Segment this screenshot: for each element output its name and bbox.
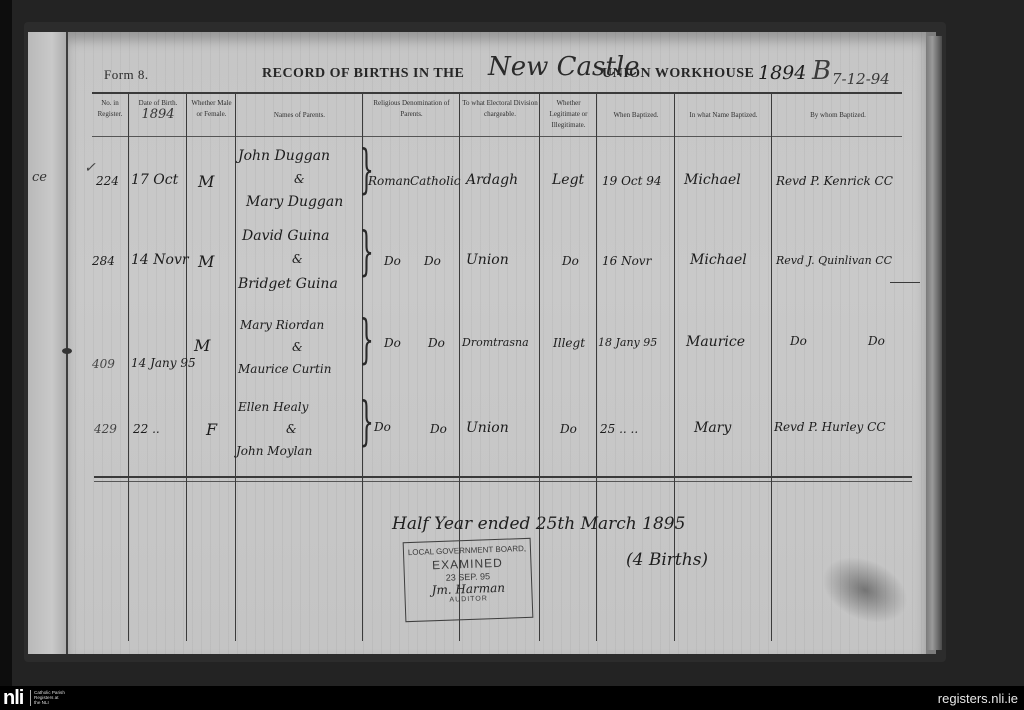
baptized-by: Revd P. Hurley CC xyxy=(774,420,886,434)
half-year-summary: Half Year ended 25th March 1895 xyxy=(392,514,685,534)
binding-mark xyxy=(62,348,72,354)
date-of-birth: 14 Jany 95 xyxy=(131,356,196,370)
baptized-by: Revd P. Kenrick CC xyxy=(776,174,893,188)
table-end-rule xyxy=(94,476,912,478)
reference-mark: B xyxy=(812,56,831,86)
header-parents: Names of Parents. xyxy=(237,110,362,121)
header-sex: Whether Male or Female. xyxy=(188,98,235,120)
sex: F xyxy=(206,420,217,439)
caption-line: the NLI xyxy=(34,700,65,705)
parent-1: Ellen Healy xyxy=(238,400,308,414)
header-legitimacy: Whether Legitimate or Illegitimate. xyxy=(541,98,596,131)
sex: M xyxy=(194,336,210,355)
baptized-by: Revd J. Quinlivan CC xyxy=(776,254,892,267)
legitimacy: Legt xyxy=(552,172,584,188)
baptized-name: Michael xyxy=(690,252,747,268)
births-count: (4 Births) xyxy=(626,550,708,570)
page-right-edge xyxy=(926,36,942,650)
religion-b: Do xyxy=(424,254,441,268)
ampersand: & xyxy=(292,252,303,266)
electoral-division: Union xyxy=(466,252,509,268)
book-spine xyxy=(66,32,68,654)
electoral-division: Dromtrasna xyxy=(462,336,529,349)
column-divider xyxy=(596,93,597,641)
check-mark-icon: ✓ xyxy=(84,160,96,176)
parent-2: Mary Duggan xyxy=(246,194,343,210)
header-dob-year: 1894 xyxy=(141,107,174,122)
legitimacy: Do xyxy=(562,254,579,268)
date-of-birth: 22 .. xyxy=(133,422,160,436)
when-baptized: 19 Oct 94 xyxy=(602,174,662,188)
register-no: 224 xyxy=(96,174,119,188)
when-baptized: 18 Jany 95 xyxy=(598,336,657,349)
parent-2: Bridget Guina xyxy=(238,276,338,292)
religion-b: Catholic xyxy=(410,174,461,188)
ampersand: & xyxy=(292,340,303,354)
parent-1: David Guina xyxy=(242,228,329,244)
register-no: 284 xyxy=(92,254,115,268)
viewer-footer xyxy=(0,686,1024,710)
table-end-rule-2 xyxy=(94,481,912,482)
parent-1: John Duggan xyxy=(238,148,330,164)
baptized-name: Maurice xyxy=(686,334,745,350)
parent-2: John Moylan xyxy=(236,444,312,458)
brace-icon: } xyxy=(359,140,374,200)
page-title: RECORD OF BIRTHS IN THE xyxy=(262,66,464,82)
site-link[interactable]: registers.nli.ie xyxy=(938,691,1018,706)
electoral-division: Union xyxy=(466,420,509,436)
header-top-rule xyxy=(92,92,902,94)
baptized-name: Mary xyxy=(694,420,731,436)
ampersand: & xyxy=(286,422,297,436)
viewer-left-edge xyxy=(0,0,12,686)
brace-icon: } xyxy=(359,310,374,370)
parent-1: Mary Riordan xyxy=(240,318,324,332)
religion-a: Roman xyxy=(368,174,411,188)
header-bottom-rule xyxy=(92,136,902,137)
header-when-baptized: When Baptized. xyxy=(598,110,674,121)
sex: M xyxy=(198,172,214,191)
header-division: To what Electoral Division chargeable. xyxy=(461,98,539,120)
header-date-of-birth-label: Date of Birth. xyxy=(139,99,178,107)
religion-b: Do xyxy=(430,422,447,436)
logo-divider xyxy=(30,690,31,706)
header-date-of-birth: Date of Birth. 1894 xyxy=(130,98,186,122)
religion-a: Do xyxy=(374,420,391,434)
header-religion: Religious Denomination of Parents. xyxy=(364,98,459,120)
parent-2: Maurice Curtin xyxy=(238,362,331,376)
page-title-suffix: UNION WORKHOUSE xyxy=(602,66,754,82)
brace-icon: } xyxy=(359,222,374,282)
legitimacy: Illegt xyxy=(553,336,585,350)
legitimacy: Do xyxy=(560,422,577,436)
column-divider xyxy=(128,93,129,641)
nli-logo[interactable]: nli xyxy=(3,689,23,707)
column-divider xyxy=(771,93,772,641)
examined-stamp: LOCAL GOVERNMENT BOARD, EXAMINED 23 SEP.… xyxy=(403,538,534,622)
baptized-by-ditto: Do xyxy=(790,334,807,348)
header-baptized-by: By whom Baptized. xyxy=(773,110,903,121)
date-of-birth: 14 Novr xyxy=(131,252,189,268)
margin-rule xyxy=(890,282,920,283)
register-no: 409 xyxy=(92,357,115,371)
form-number: Form 8. xyxy=(104,67,149,83)
when-baptized: 16 Novr xyxy=(602,254,651,268)
baptized-by-ditto: Do xyxy=(868,334,885,348)
nli-logo-caption: Catholic Parish Registers at the NLI xyxy=(34,690,65,706)
header-register-no: No. in Register. xyxy=(92,98,128,120)
brace-icon: } xyxy=(359,392,374,452)
sex: M xyxy=(198,252,214,271)
image-viewer: ce Form 8. RECORD OF BIRTHS IN THE New C… xyxy=(0,0,1024,686)
ampersand: & xyxy=(294,172,305,186)
register-no: 429 xyxy=(94,422,117,436)
facing-page-edge xyxy=(28,32,68,654)
religion-b: Do xyxy=(428,336,445,350)
facing-page-fragment: ce xyxy=(32,170,47,185)
baptized-name: Michael xyxy=(684,172,741,188)
when-baptized: 25 .. .. xyxy=(600,422,638,436)
column-divider xyxy=(539,93,540,641)
reference-date: 7-12-94 xyxy=(832,70,890,88)
religion-a: Do xyxy=(384,254,401,268)
year-handwritten: 1894 xyxy=(758,62,806,84)
column-divider xyxy=(235,93,236,641)
header-baptized-name: In what Name Baptized. xyxy=(676,110,771,121)
electoral-division: Ardagh xyxy=(466,172,518,188)
date-of-birth: 17 Oct xyxy=(131,172,178,188)
religion-a: Do xyxy=(384,336,401,350)
